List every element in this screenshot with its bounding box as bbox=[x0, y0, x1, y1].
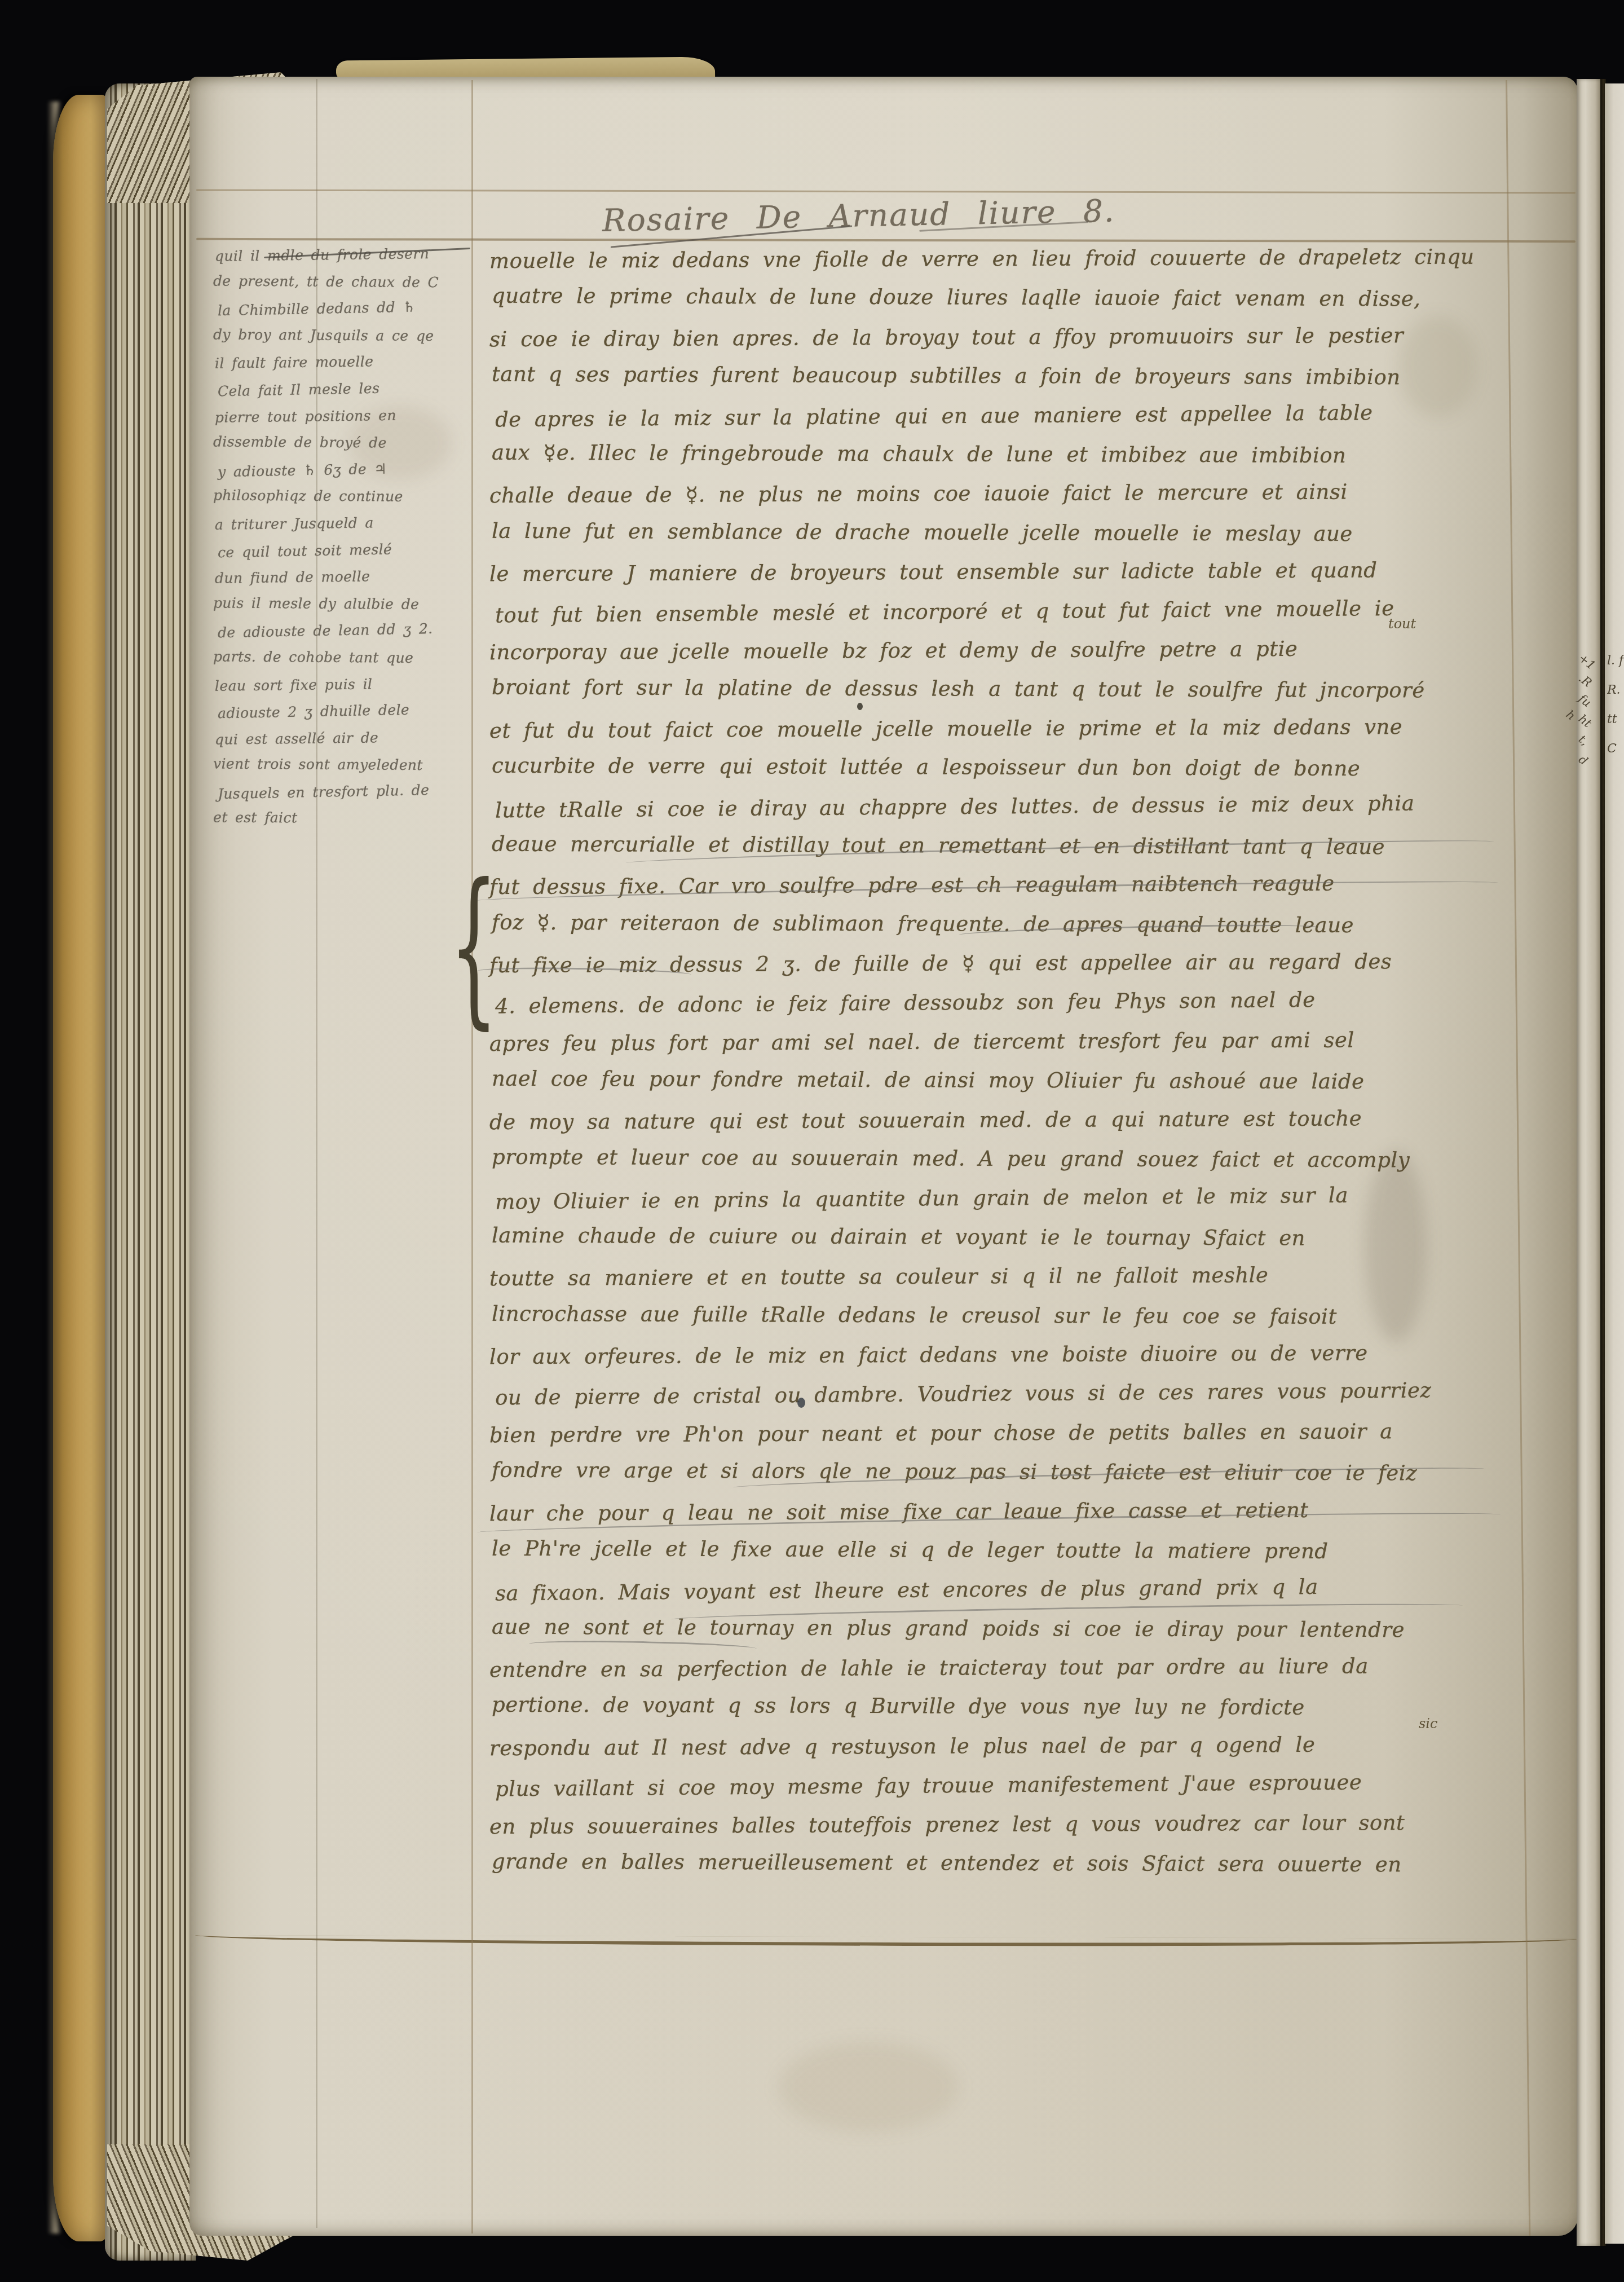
facing-page-sliver bbox=[1605, 83, 1624, 2244]
ink-blot bbox=[857, 703, 863, 710]
facing-page-scribbles: l. fR.ttC bbox=[1607, 646, 1624, 764]
margin-note-line-22: et est faict bbox=[213, 804, 474, 833]
facing-scribble-4: C bbox=[1607, 734, 1624, 764]
text-line-8: la lune fut en semblance de drache mouel… bbox=[492, 511, 1566, 554]
page-stain bbox=[350, 406, 451, 479]
text-line-38: pertione. de voyant q ss lors q Burville… bbox=[492, 1685, 1566, 1728]
page-stain bbox=[778, 2042, 959, 2132]
margin-note-line-20: vient trois sont amyeledent bbox=[213, 751, 474, 779]
manuscript-photo: Rosaire De Arnaud liure 8. quil il mdle … bbox=[0, 0, 1624, 2282]
facing-scribble-2: R. bbox=[1607, 676, 1624, 705]
interlinear-insertion: tout bbox=[1388, 616, 1416, 632]
margin-note-line-16: parts. de cohobe tant que bbox=[213, 643, 474, 672]
text-line-39: respondu aut Il nest adve q restuyson le… bbox=[489, 1724, 1564, 1768]
margin-note-line-10: philosophiqz de continue bbox=[213, 482, 474, 511]
text-line-20: 4. elemens. de adonc ie feiz faire desso… bbox=[495, 979, 1570, 1026]
text-line-22: nael coe feu pour fondre metail. de ains… bbox=[492, 1059, 1566, 1102]
text-line-41: en plus souueraines balles touteffois pr… bbox=[489, 1802, 1564, 1846]
text-line-15: lutte tRalle si coe ie diray au chappre … bbox=[495, 783, 1570, 830]
margin-note-line-15: de adiouste de lean dd ʒ 2. bbox=[218, 615, 479, 646]
text-line-13: et fut du tout faict coe mouelle jcelle … bbox=[489, 707, 1564, 751]
page-stain bbox=[1398, 316, 1477, 417]
page-edge-stack bbox=[105, 83, 196, 2261]
margin-note-line-21: Jusquels en tresfort plu. de bbox=[218, 776, 479, 807]
margin-note-line-6: Cela fait Il mesle les bbox=[218, 373, 479, 404]
sic-annotation: sic bbox=[1419, 1716, 1437, 1732]
text-line-1: mouelle le miz dedans vne fiolle de verr… bbox=[489, 237, 1564, 281]
text-line-19: fut fixe ie miz dessus 2 ʒ. de fuille de… bbox=[489, 941, 1564, 985]
text-line-11: incorporay aue jcelle mouelle bz foz et … bbox=[489, 628, 1564, 672]
margin-note-line-1: quil il mdle du frole desern bbox=[215, 240, 476, 270]
margin-note-line-17: leau sort fixe puis il bbox=[215, 669, 476, 699]
margin-note-line-14: puis il mesle dy alulbie de bbox=[213, 589, 474, 618]
fold-edge-scribbles: +1.Rfu hhtt,d bbox=[1578, 653, 1600, 775]
text-line-2: quatre le prime chaulx de lune douze liu… bbox=[492, 276, 1566, 319]
text-line-14: cucurbite de verre qui estoit luttée a l… bbox=[492, 746, 1566, 789]
text-line-7: challe deaue de ☿. ne plus ne moins coe … bbox=[489, 472, 1564, 516]
margin-note-line-13: dun fiund de moelle bbox=[215, 562, 476, 592]
margin-note-line-11: a triturer Jusqueld a bbox=[215, 508, 476, 538]
margin-note-line-2: de present, tt de chaux de C bbox=[213, 267, 474, 296]
facing-scribble-1: l. f bbox=[1607, 646, 1624, 676]
margin-note-line-18: adiouste 2 ʒ dhuille dele bbox=[218, 695, 479, 727]
text-line-21: apres feu plus fort par ami sel nael. de… bbox=[489, 1020, 1564, 1064]
margin-notes-column: quil il mdle du frole desernde present, … bbox=[213, 241, 474, 832]
margin-note-line-19: qui est assellé air de bbox=[215, 723, 476, 753]
margin-note-line-12: ce quil tout soit meslé bbox=[218, 534, 479, 566]
ink-blot bbox=[797, 1398, 805, 1408]
text-line-12: broiant fort sur la platine de dessus le… bbox=[492, 668, 1566, 711]
margin-note-line-3: la Chimbille dedans dd ♄ bbox=[218, 293, 479, 324]
text-line-42: grande en balles merueilleusement et ent… bbox=[492, 1842, 1566, 1885]
page-fold-strip bbox=[1577, 79, 1601, 2246]
text-line-30: ou de pierre de cristal ou dambre. Voudr… bbox=[495, 1370, 1570, 1417]
book-cover-edge bbox=[53, 95, 107, 2241]
text-line-18: foz ☿. par reiteraon de sublimaon freque… bbox=[492, 902, 1566, 945]
main-text-block: mouelle le miz dedans vne fiolle de verr… bbox=[489, 239, 1564, 1883]
text-line-40: plus vaillant si coe moy mesme fay trouu… bbox=[495, 1761, 1570, 1809]
margin-note-line-4: dy broy ant Jusquils a ce qe bbox=[213, 321, 474, 350]
facing-scribble-3: tt bbox=[1607, 705, 1624, 734]
page-stain bbox=[1365, 1151, 1427, 1342]
text-line-23: de moy sa nature qui est tout souuerain … bbox=[489, 1098, 1564, 1142]
text-line-34: le Ph're jcelle et le fixe aue elle si q… bbox=[492, 1529, 1566, 1572]
text-line-6: aux ☿e. Illec le fringebroude ma chaulx … bbox=[492, 433, 1566, 476]
text-line-31: bien perdre vre Ph'on pour neant et pour… bbox=[489, 1411, 1564, 1455]
text-line-37: entendre en sa perfection de lahle ie tr… bbox=[489, 1646, 1564, 1690]
margin-brace-mark: { bbox=[449, 862, 467, 1031]
text-line-9: le mercure J maniere de broyeurs tout en… bbox=[489, 550, 1564, 594]
margin-note-line-5: il fault faire mouelle bbox=[215, 347, 476, 377]
